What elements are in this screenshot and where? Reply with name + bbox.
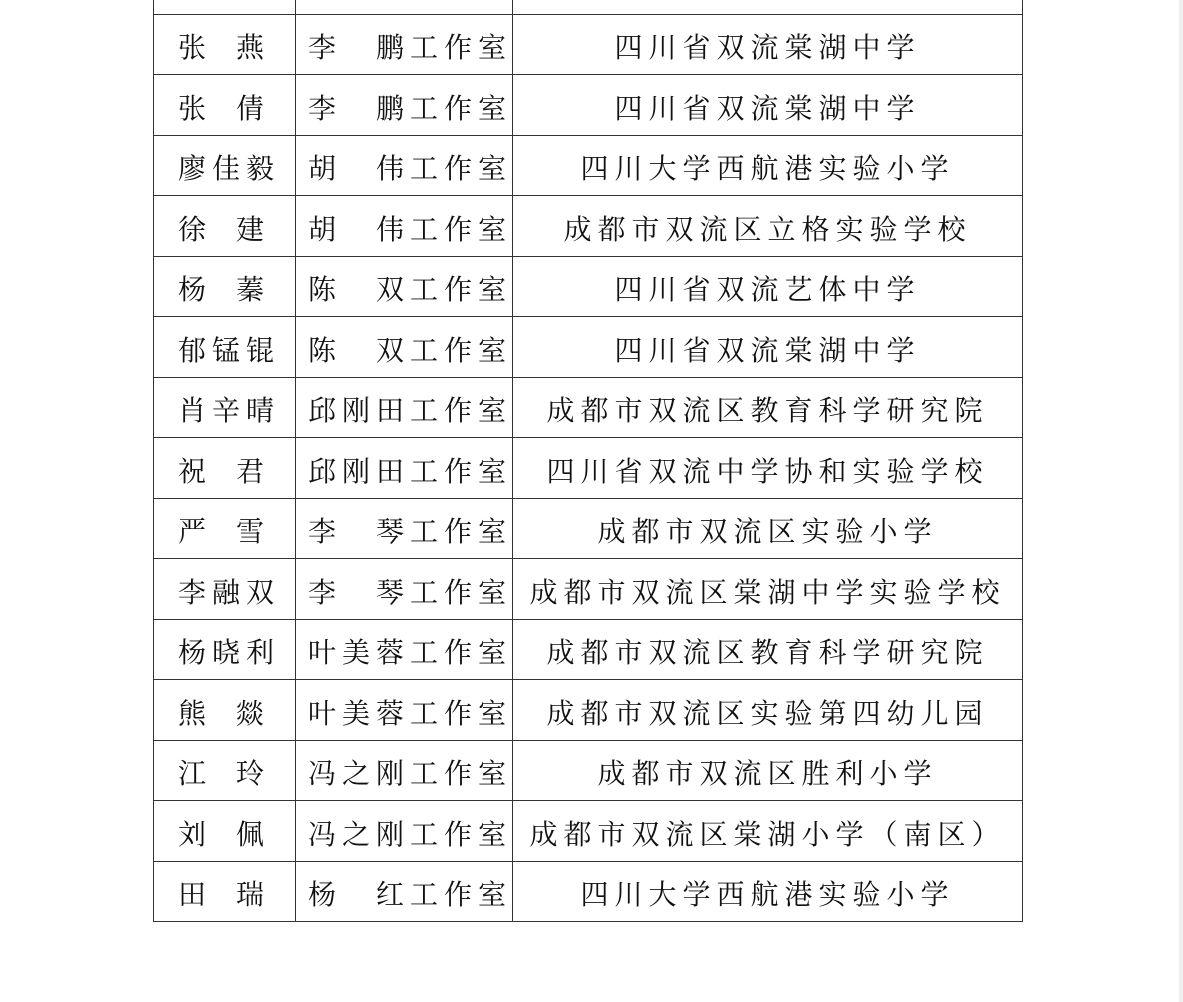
studio-cell: 胡 伟工作室 [296, 135, 513, 196]
table-row: 严雪李 琴工作室成都市双流区实验小学 [154, 498, 1023, 559]
name-char: 建 [236, 208, 270, 248]
name-spaced: 江玲 [178, 752, 270, 792]
school-cell: 成都市双流区实验第四幼儿园 [513, 680, 1023, 741]
table-row: 肖辛晴邱刚田工作室成都市双流区教育科学研究院 [154, 377, 1023, 438]
table-row: 廖佳毅胡 伟工作室四川大学西航港实验小学 [154, 135, 1023, 196]
studio-cell: 李 鹏工作室 [296, 75, 513, 136]
studio-cell: 刘??工作室 [296, 0, 513, 14]
school-cell: 四川省双流棠湖中学 [513, 14, 1023, 75]
name-text: 李融双 [178, 576, 280, 609]
studio-cell: 李 琴工作室 [296, 498, 513, 559]
studio-cell: 邱刚田工作室 [296, 377, 513, 438]
name-text: 廖佳毅 [178, 152, 280, 185]
name-char: 祝 [178, 450, 212, 490]
table-row: 李融双李 琴工作室成都市双流区棠湖中学实验学校 [154, 559, 1023, 620]
name-char: 张 [178, 26, 212, 66]
name-spaced: 熊燚 [178, 692, 270, 732]
name-cell: 郁锰锟 [154, 317, 296, 378]
name-cell: 祝君 [154, 438, 296, 499]
name-char: 玲 [236, 752, 270, 792]
table-row: 祝君邱刚田工作室四川省双流中学协和实验学校 [154, 438, 1023, 499]
name-cell: 张燕 [154, 14, 296, 75]
school-cell: 四川省双流棠湖中学 [513, 317, 1023, 378]
name-char: 张 [178, 87, 212, 127]
school-cell: 四川大学西航港实验小学 [513, 135, 1023, 196]
name-cell: 廖佳毅 [154, 135, 296, 196]
studio-cell: 陈 双工作室 [296, 317, 513, 378]
studio-cell: 冯之刚工作室 [296, 740, 513, 801]
studio-cell: 陈 双工作室 [296, 256, 513, 317]
table-row: 江玲冯之刚工作室成都市双流区胜利小学 [154, 740, 1023, 801]
name-cell: 李融双 [154, 559, 296, 620]
school-cell: 成都市双流区棠湖中学实验学校 [513, 559, 1023, 620]
scrollbar-track[interactable] [1179, 0, 1183, 1002]
name-spaced: 田瑞 [178, 873, 270, 913]
name-spaced: 严雪 [178, 510, 270, 550]
table-row: 张?捷刘??工作室四川省双流艺体中学 [154, 0, 1023, 14]
name-char: 杨 [178, 268, 212, 308]
table-row: 张燕李 鹏工作室四川省双流棠湖中学 [154, 14, 1023, 75]
name-text: 肖辛晴 [178, 394, 280, 427]
name-cell: 张倩 [154, 75, 296, 136]
school-cell: 成都市双流区教育科学研究院 [513, 377, 1023, 438]
table-row: 刘佩冯之刚工作室成都市双流区棠湖小学（南区） [154, 801, 1023, 862]
name-char: 刘 [178, 813, 212, 853]
school-cell: 成都市双流区胜利小学 [513, 740, 1023, 801]
name-spaced: 祝君 [178, 450, 270, 490]
name-char: 张? [178, 0, 233, 6]
table-row: 杨晓利叶美蓉工作室成都市双流区教育科学研究院 [154, 619, 1023, 680]
name-cell: 徐建 [154, 196, 296, 257]
name-char: 雪 [236, 510, 270, 550]
name-spaced: 徐建 [178, 208, 270, 248]
name-text: 郁锰锟 [178, 334, 280, 367]
studio-cell: 李 鹏工作室 [296, 14, 513, 75]
school-cell: 四川省双流棠湖中学 [513, 75, 1023, 136]
name-char: 燚 [236, 692, 270, 732]
name-char: 熊 [178, 692, 212, 732]
table-row: 张倩李 鹏工作室四川省双流棠湖中学 [154, 75, 1023, 136]
name-char: 瑞 [236, 873, 270, 913]
table-row: 徐建胡 伟工作室成都市双流区立格实验学校 [154, 196, 1023, 257]
table-row: 田瑞杨 红工作室四川大学西航港实验小学 [154, 861, 1023, 922]
school-cell: 四川省双流艺体中学 [513, 256, 1023, 317]
name-char: 佩 [236, 813, 270, 853]
name-spaced: 张燕 [178, 26, 270, 66]
name-char: 田 [178, 873, 212, 913]
name-cell: 田瑞 [154, 861, 296, 922]
studio-cell: 李 琴工作室 [296, 559, 513, 620]
table-row: 熊燚叶美蓉工作室成都市双流区实验第四幼儿园 [154, 680, 1023, 741]
school-cell: 四川省双流艺体中学 [513, 0, 1023, 14]
name-char: 江 [178, 752, 212, 792]
name-char: 严 [178, 510, 212, 550]
studio-cell: 叶美蓉工作室 [296, 680, 513, 741]
studio-cell: 胡 伟工作室 [296, 196, 513, 257]
name-char: 燕 [236, 26, 270, 66]
school-cell: 四川省双流中学协和实验学校 [513, 438, 1023, 499]
name-char: 捷 [236, 0, 270, 6]
name-cell: 张?捷 [154, 0, 296, 14]
name-cell: 杨蓁 [154, 256, 296, 317]
document-table-container: 张?捷刘??工作室四川省双流艺体中学张燕李 鹏工作室四川省双流棠湖中学张倩李 鹏… [153, 0, 1023, 922]
name-text: 杨晓利 [178, 636, 280, 669]
school-cell: 四川大学西航港实验小学 [513, 861, 1023, 922]
table-body: 张?捷刘??工作室四川省双流艺体中学张燕李 鹏工作室四川省双流棠湖中学张倩李 鹏… [154, 0, 1023, 922]
name-spaced: 张倩 [178, 87, 270, 127]
name-cell: 江玲 [154, 740, 296, 801]
name-cell: 熊燚 [154, 680, 296, 741]
name-char: 君 [236, 450, 270, 490]
table-row: 郁锰锟陈 双工作室四川省双流棠湖中学 [154, 317, 1023, 378]
name-cell: 杨晓利 [154, 619, 296, 680]
school-cell: 成都市双流区实验小学 [513, 498, 1023, 559]
school-cell: 成都市双流区棠湖小学（南区） [513, 801, 1023, 862]
table-row: 杨蓁陈 双工作室四川省双流艺体中学 [154, 256, 1023, 317]
name-char: 徐 [178, 208, 212, 248]
studio-cell: 邱刚田工作室 [296, 438, 513, 499]
member-table: 张?捷刘??工作室四川省双流艺体中学张燕李 鹏工作室四川省双流棠湖中学张倩李 鹏… [153, 0, 1023, 922]
name-spaced: 杨蓁 [178, 268, 270, 308]
name-char: 倩 [236, 87, 270, 127]
name-spaced: 张?捷 [178, 0, 270, 6]
name-cell: 严雪 [154, 498, 296, 559]
school-cell: 成都市双流区立格实验学校 [513, 196, 1023, 257]
name-cell: 刘佩 [154, 801, 296, 862]
name-cell: 肖辛晴 [154, 377, 296, 438]
studio-cell: 叶美蓉工作室 [296, 619, 513, 680]
studio-cell: 冯之刚工作室 [296, 801, 513, 862]
school-cell: 成都市双流区教育科学研究院 [513, 619, 1023, 680]
name-spaced: 刘佩 [178, 813, 270, 853]
studio-cell: 杨 红工作室 [296, 861, 513, 922]
name-char: 蓁 [236, 268, 270, 308]
